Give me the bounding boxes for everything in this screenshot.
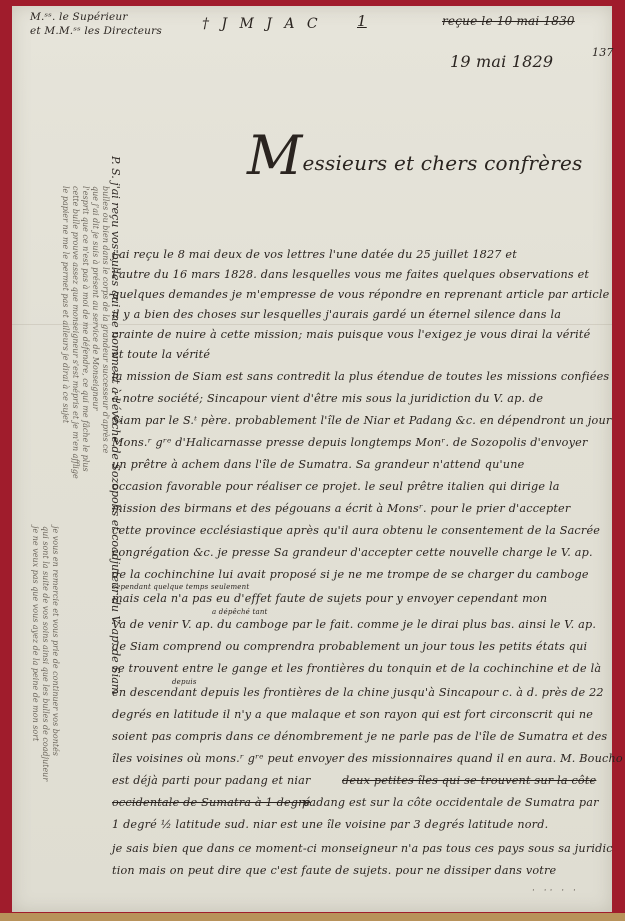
table-surface: [0, 913, 625, 921]
body-line: degrés en latitude il n'y a que malaque …: [112, 708, 593, 721]
body-line: je sais bien que dans ce moment-ci monse…: [112, 842, 613, 855]
margin-text-line: le papier ne me le permet pas et ailleur…: [61, 186, 70, 423]
addressee-line-1: M.ˢˢ. le Supérieur: [30, 10, 162, 24]
interlinear-note: a dépêché tant: [212, 608, 268, 616]
body-line: l'autre du 16 mars 1828. dans lesquelles…: [112, 268, 589, 281]
body-line: se trouvent entre le gange et les fronti…: [112, 662, 601, 675]
body-line: padang est sur la côte occidentale de Su…: [302, 796, 599, 809]
salutation: Messieurs et chers confrères: [247, 124, 582, 187]
body-line: il y a bien des choses sur lesquelles j'…: [112, 308, 561, 321]
body-line: la mission de Siam est sans contredit la…: [112, 370, 609, 383]
ink-smudge: · ·· · ·: [532, 886, 579, 896]
body-line: mission des birmans et des pégouans a éc…: [112, 502, 570, 515]
margin-text-line: l'esprit que ce n'est pas à moi de me dé…: [81, 186, 90, 472]
body-line: tion mais on peut dire que c'est faute d…: [112, 864, 556, 877]
body-line: quelques demandes je m'empresse de vous …: [112, 288, 609, 301]
margin-postscript-main: P. S. j'ai reçu vos bulles qui me nommen…: [109, 156, 122, 694]
folio-number: 137: [592, 46, 614, 59]
body-line: Siam par le S.ᵗ père. probablement l'île…: [112, 414, 611, 427]
page-number: 1: [357, 12, 367, 30]
margin-text-line: je vous en remercie et vous prie de cont…: [51, 526, 60, 756]
body-line: de Siam comprend ou comprendra probablem…: [112, 640, 587, 653]
body-line: occasion favorable pour réaliser ce proj…: [112, 480, 560, 493]
body-line: de la cochinchine lui avait proposé si j…: [112, 568, 589, 581]
body-line: soient pas compris dans ce dénombrement …: [112, 730, 607, 743]
body-line: en descendant depuis les frontières de l…: [112, 686, 604, 699]
body-line: crainte de nuire à cette mission; mais p…: [112, 328, 590, 341]
body-line: j'ai reçu le 8 mai deux de vos lettres l…: [112, 248, 517, 261]
letter-date: 19 mai 1829: [450, 52, 553, 71]
margin-text-line: je ne veux pas que vous ayez de la peine…: [31, 526, 40, 741]
struck-text: occidentale de Sumatra à 1 degré: [112, 796, 311, 809]
body-line: mais cela n'a pas eu d'effet faute de su…: [112, 592, 547, 605]
invocation: † J M J A C: [202, 16, 322, 32]
body-line: à notre société; Sincapour vient d'être …: [112, 392, 543, 405]
struck-text: deux petites îles qui se trouvent sur la…: [342, 774, 596, 787]
addressee-line-2: et M.M.ˢˢ les Directeurs: [30, 24, 162, 38]
body-line: un prêtre à achem dans l'île de Sumatra.…: [112, 458, 524, 471]
margin-text-line: que j'ai dit je suis à présent au servic…: [91, 186, 100, 410]
margin-postscript: P. S. j'ai reçu vos bulles qui me nommen…: [26, 146, 136, 906]
salutation-rest: essieurs et chers confrères: [303, 151, 583, 175]
body-line: cette province ecclésiastique après qu'i…: [112, 524, 600, 537]
addressee-block: M.ˢˢ. le Supérieur et M.M.ˢˢ les Directe…: [30, 10, 162, 38]
received-note: reçue le 10 mai 1830: [442, 14, 575, 28]
body-line: 1 degré ½ latitude sud. niar est une île…: [112, 818, 548, 831]
margin-text-line: cette bulle prouve assez que monseigneur…: [71, 186, 80, 479]
body-line: Mons.ʳ gʳᵉ d'Halicarnasse presse depuis …: [112, 436, 588, 449]
body-line: est déjà parti pour padang et niar: [112, 774, 311, 787]
body-line: congrégation &c. je presse Sa grandeur d…: [112, 546, 593, 559]
salutation-initial: M: [247, 124, 303, 187]
body-line: Va de venir V. ap. du camboge par le fai…: [112, 618, 596, 631]
body-line: îles voisines où mons.ʳ gʳᵉ peut envoyer…: [112, 752, 623, 765]
manuscript-page: M.ˢˢ. le Supérieur et M.M.ˢˢ les Directe…: [12, 6, 612, 912]
margin-text-line: qui sont la suite de vos soins ainsi que…: [41, 526, 50, 781]
margin-text-line: bulles ou bien dans le corps de la grand…: [101, 186, 110, 453]
interlinear-note: depuis: [172, 678, 197, 686]
